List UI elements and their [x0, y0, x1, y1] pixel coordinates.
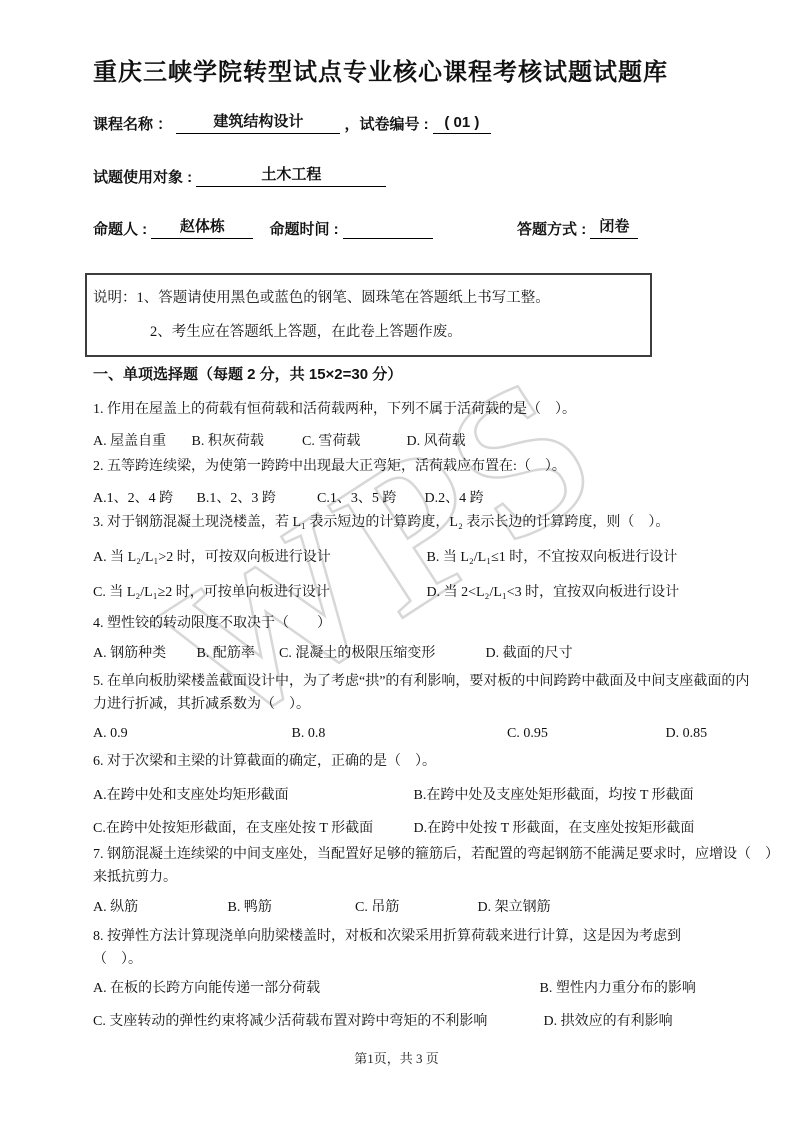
option-c: C. 支座转动的弹性约束将减少活荷载布置对跨中弯矩的不利影响 [93, 1010, 540, 1033]
option-c: C. 0.95 [507, 722, 662, 745]
question-8-options-row-2: C. 支座转动的弹性约束将减少活荷载布置对跨中弯矩的不利影响 D. 拱效应的有利… [93, 1010, 753, 1033]
option-c: C. 当 L₂/L₁≥2 时，可按单向板进行设计 [93, 581, 423, 604]
author-line: 命题人 : 赵体栋 命题时间 : 答题方式 : 闭卷 [93, 215, 753, 239]
question-7-stem-line-2: 来抵抗剪力。 [93, 866, 753, 889]
notice-line-1: 说明：1、答题请使用黑色或蓝色的钢笔、圆珠笔在答题纸上书写工整。 [93, 286, 642, 307]
option-b: B. 配筋率 [197, 642, 276, 665]
question-7-options: A. 纵筋 B. 鸭筋 C. 吊筋 D. 架立钢筋 [93, 896, 753, 919]
option-a: A.在跨中处和支座处均矩形截面 [93, 784, 410, 807]
course-line: 课程名称 ： 建筑结构设计 ，试卷编号 : ( 01 ) [93, 110, 753, 134]
option-a: A. 0.9 [93, 722, 288, 745]
option-b: B.在跨中处及支座处矩形截面，均按 T 形截面 [414, 784, 694, 807]
audience-label: 试题使用对象 : [93, 169, 192, 186]
exam-document-page: WPS 重庆三峡学院转型试点专业核心课程考核试题试题库 课程名称 ： 建筑结构设… [0, 0, 793, 1122]
option-a: A.1、2、4 跨 [93, 487, 193, 510]
question-3-options-row-1: A. 当 L₂/L₁>2 时，可按双向板进行设计 B. 当 L₂/L₁≤1 时，… [93, 546, 753, 569]
option-b: B. 积灰荷载 [192, 430, 299, 453]
option-d: D.在跨中处按 T 形截面，在支座处按矩形截面 [414, 817, 695, 840]
question-3-stem: 3. 对于钢筋混凝土现浇楼盖，若 L₁ 表示短边的计算跨度，L₂ 表示长边的计算… [93, 511, 753, 534]
option-a: A. 钢筋种类 [93, 642, 193, 665]
notice-box: 说明：1、答题请使用黑色或蓝色的钢笔、圆珠笔在答题纸上书写工整。 2、考生应在答… [85, 273, 652, 357]
question-8-stem-line-1: 8. 按弹性方法计算现浇单向肋梁楼盖时，对板和次梁采用折算荷载来进行计算，这是因… [93, 925, 753, 948]
author-label: 命题人 : [93, 221, 147, 238]
question-6-stem: 6. 对于次梁和主梁的计算截面的确定，正确的是（ ）。 [93, 750, 753, 773]
option-a: A. 当 L₂/L₁>2 时，可按双向板进行设计 [93, 546, 423, 569]
question-1: 1. 作用在屋盖上的荷载有恒荷载和活荷载两种，下列不属于活荷载的是（ ）。 A.… [93, 398, 753, 453]
audience-field: 土木工程 [196, 163, 386, 187]
question-8: 8. 按弹性方法计算现浇单向肋梁楼盖时，对板和次梁采用折算荷载来进行计算，这是因… [93, 925, 753, 1033]
question-8-stem-line-2: （ ）。 [93, 948, 753, 971]
question-6: 6. 对于次梁和主梁的计算截面的确定，正确的是（ ）。 A.在跨中处和支座处均矩… [93, 750, 753, 840]
question-7: 7. 钢筋混凝土连续梁的中间支座处，当配置好足够的箍筋后，若配置的弯起钢筋不能满… [93, 843, 753, 919]
option-d: D. 风荷载 [407, 430, 466, 453]
question-7-stem-line-1: 7. 钢筋混凝土连续梁的中间支座处，当配置好足够的箍筋后，若配置的弯起钢筋不能满… [93, 843, 753, 866]
question-1-stem: 1. 作用在屋盖上的荷载有恒荷载和活荷载两种，下列不属于活荷载的是（ ）。 [93, 398, 753, 421]
option-c: C.1、3、5 跨 [317, 487, 421, 510]
notice-line-2: 2、考生应在答题纸上答题，在此卷上答题作废。 [150, 320, 642, 341]
option-d: D.2、4 跨 [425, 487, 484, 510]
option-a: A. 纵筋 [93, 896, 224, 919]
option-c: C. 吊筋 [355, 896, 474, 919]
option-c: C. 混凝土的极限压缩变形 [279, 642, 482, 665]
question-6-options-row-2: C.在跨中处按矩形截面，在支座处按 T 形截面 D.在跨中处按 T 形截面，在支… [93, 817, 753, 840]
section-heading: 一、单项选择题（每题 2 分，共 15×2=30 分） [93, 363, 753, 384]
question-6-options-row-1: A.在跨中处和支座处均矩形截面 B.在跨中处及支座处矩形截面，均按 T 形截面 [93, 784, 753, 807]
answer-mode-field: 闭卷 [590, 215, 638, 239]
option-d: D. 截面的尺寸 [486, 642, 573, 665]
question-2-options: A.1、2、4 跨 B.1、2、3 跨 C.1、3、5 跨 D.2、4 跨 [93, 487, 753, 510]
option-d: D. 0.85 [666, 722, 708, 745]
question-3: 3. 对于钢筋混凝土现浇楼盖，若 L₁ 表示短边的计算跨度，L₂ 表示长边的计算… [93, 511, 753, 604]
course-label: 课程名称 ： [93, 116, 172, 133]
answer-mode-label: 答题方式 : [517, 221, 586, 238]
question-5: 5. 在单向板肋梁楼盖截面设计中，为了考虑“拱”的有利影响，要对板的中间跨跨中截… [93, 670, 753, 745]
question-4-stem: 4. 塑性铰的转动限度不取决于（ ） [93, 612, 753, 635]
course-name-field: 建筑结构设计 [176, 110, 340, 134]
option-a: A. 在板的长跨方向能传递一部分荷载 [93, 977, 536, 1000]
paper-no-field: ( 01 ) [433, 114, 491, 134]
author-field: 赵体栋 [151, 215, 253, 239]
question-5-stem-line-2: 力进行折减，其折减系数为（ ）。 [93, 693, 753, 716]
option-b: B.1、2、3 跨 [197, 487, 314, 510]
question-1-options: A. 屋盖自重 B. 积灰荷载 C. 雪荷载 D. 风荷载 [93, 430, 753, 453]
option-d: D. 拱效应的有利影响 [544, 1010, 673, 1033]
option-c: C. 雪荷载 [302, 430, 403, 453]
option-d: D. 当 2<L₂/L₁<3 时，宜按双向板进行设计 [427, 581, 680, 604]
option-b: B. 塑性内力重分布的影响 [540, 977, 696, 1000]
option-b: B. 0.8 [292, 722, 504, 745]
time-field [343, 236, 433, 239]
page-indicator: 第1页，共 3 页 [0, 1048, 793, 1067]
paper-no-label: ，试卷编号 : [345, 116, 429, 133]
option-c: C.在跨中处按矩形截面，在支座处按 T 形截面 [93, 817, 410, 840]
question-8-options-row-1: A. 在板的长跨方向能传递一部分荷载 B. 塑性内力重分布的影响 [93, 977, 753, 1000]
time-label: 命题时间 : [270, 221, 339, 238]
question-2: 2. 五等跨连续梁，为使第一跨跨中出现最大正弯矩，活荷载应布置在:（ ）。 A.… [93, 455, 753, 510]
question-5-options: A. 0.9 B. 0.8 C. 0.95 D. 0.85 [93, 722, 753, 745]
option-b: B. 当 L₂/L₁≤1 时，不宜按双向板进行设计 [427, 546, 678, 569]
option-a: A. 屋盖自重 [93, 430, 188, 453]
question-4-options: A. 钢筋种类 B. 配筋率 C. 混凝土的极限压缩变形 D. 截面的尺寸 [93, 642, 753, 665]
option-d: D. 架立钢筋 [478, 896, 551, 919]
question-2-stem: 2. 五等跨连续梁，为使第一跨跨中出现最大正弯矩，活荷载应布置在:（ ）。 [93, 455, 753, 478]
audience-line: 试题使用对象 : 土木工程 [93, 163, 753, 187]
question-5-stem-line-1: 5. 在单向板肋梁楼盖截面设计中，为了考虑“拱”的有利影响，要对板的中间跨跨中截… [93, 670, 753, 693]
question-3-options-row-2: C. 当 L₂/L₁≥2 时，可按单向板进行设计 D. 当 2<L₂/L₁<3 … [93, 581, 753, 604]
option-b: B. 鸭筋 [228, 896, 352, 919]
question-4: 4. 塑性铰的转动限度不取决于（ ） A. 钢筋种类 B. 配筋率 C. 混凝土… [93, 612, 753, 665]
page-title: 重庆三峡学院转型试点专业核心课程考核试题试题库 [93, 52, 753, 87]
